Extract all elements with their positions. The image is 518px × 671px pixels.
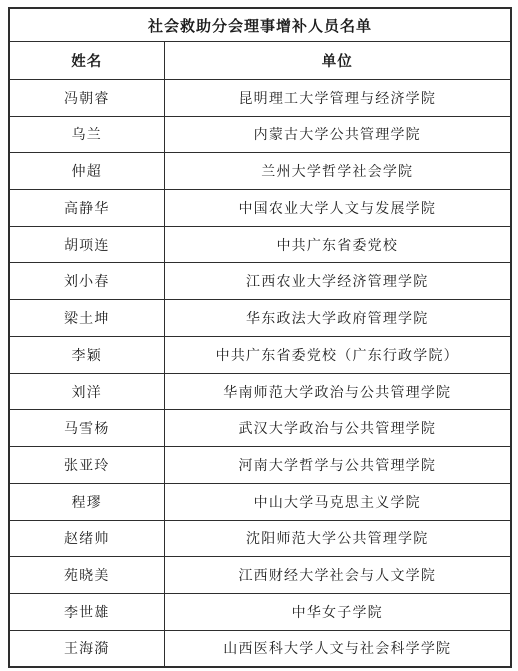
table-row: 王海漪 山西医科大学人文与社会科学学院 — [9, 630, 511, 667]
name-cell: 刘小春 — [9, 263, 164, 300]
table-row: 乌兰 内蒙古大学公共管理学院 — [9, 116, 511, 153]
unit-cell: 山西医科大学人文与社会科学学院 — [164, 630, 511, 667]
table-row: 梁土坤 华东政法大学政府管理学院 — [9, 300, 511, 337]
name-cell: 赵绪帅 — [9, 520, 164, 557]
unit-cell: 中华女子学院 — [164, 593, 511, 630]
table-row: 仲超 兰州大学哲学社会学院 — [9, 153, 511, 190]
name-cell: 苑晓美 — [9, 557, 164, 594]
header-name: 姓名 — [9, 42, 164, 80]
unit-cell: 昆明理工大学管理与经济学院 — [164, 79, 511, 116]
unit-cell: 中国农业大学人文与发展学院 — [164, 190, 511, 227]
unit-cell: 江西农业大学经济管理学院 — [164, 263, 511, 300]
name-cell: 胡项连 — [9, 226, 164, 263]
unit-cell: 中山大学马克思主义学院 — [164, 483, 511, 520]
name-cell: 乌兰 — [9, 116, 164, 153]
table-title-row: 社会救助分会理事增补人员名单 — [9, 8, 511, 42]
unit-cell: 内蒙古大学公共管理学院 — [164, 116, 511, 153]
document-page: 社会救助分会理事增补人员名单 姓名 单位 冯朝睿 昆明理工大学管理与经济学院 乌… — [0, 0, 518, 671]
name-cell: 梁土坤 — [9, 300, 164, 337]
name-cell: 张亚玲 — [9, 447, 164, 484]
table-header-row: 姓名 单位 — [9, 42, 511, 80]
table-row: 李世雄 中华女子学院 — [9, 593, 511, 630]
name-cell: 冯朝睿 — [9, 79, 164, 116]
unit-cell: 江西财经大学社会与人文学院 — [164, 557, 511, 594]
table-row: 张亚玲 河南大学哲学与公共管理学院 — [9, 447, 511, 484]
unit-cell: 沈阳师范大学公共管理学院 — [164, 520, 511, 557]
unit-cell: 华东政法大学政府管理学院 — [164, 300, 511, 337]
unit-cell: 兰州大学哲学社会学院 — [164, 153, 511, 190]
table-row: 马雪杨 武汉大学政治与公共管理学院 — [9, 410, 511, 447]
name-cell: 王海漪 — [9, 630, 164, 667]
unit-cell: 中共广东省委党校 — [164, 226, 511, 263]
table-row: 刘小春 江西农业大学经济管理学院 — [9, 263, 511, 300]
table-row: 苑晓美 江西财经大学社会与人文学院 — [9, 557, 511, 594]
name-cell: 程璆 — [9, 483, 164, 520]
name-cell: 李颖 — [9, 336, 164, 373]
roster-table: 社会救助分会理事增补人员名单 姓名 单位 冯朝睿 昆明理工大学管理与经济学院 乌… — [8, 7, 512, 668]
name-cell: 马雪杨 — [9, 410, 164, 447]
table-row: 程璆 中山大学马克思主义学院 — [9, 483, 511, 520]
name-cell: 刘洋 — [9, 373, 164, 410]
table-title: 社会救助分会理事增补人员名单 — [9, 8, 511, 42]
name-cell: 李世雄 — [9, 593, 164, 630]
unit-cell: 河南大学哲学与公共管理学院 — [164, 447, 511, 484]
name-cell: 仲超 — [9, 153, 164, 190]
unit-cell: 华南师范大学政治与公共管理学院 — [164, 373, 511, 410]
name-cell: 高静华 — [9, 190, 164, 227]
table-row: 刘洋 华南师范大学政治与公共管理学院 — [9, 373, 511, 410]
unit-cell: 武汉大学政治与公共管理学院 — [164, 410, 511, 447]
table-row: 赵绪帅 沈阳师范大学公共管理学院 — [9, 520, 511, 557]
table-row: 胡项连 中共广东省委党校 — [9, 226, 511, 263]
table-row: 李颖 中共广东省委党校（广东行政学院） — [9, 336, 511, 373]
header-unit: 单位 — [164, 42, 511, 80]
table-row: 高静华 中国农业大学人文与发展学院 — [9, 190, 511, 227]
unit-cell: 中共广东省委党校（广东行政学院） — [164, 336, 511, 373]
table-row: 冯朝睿 昆明理工大学管理与经济学院 — [9, 79, 511, 116]
